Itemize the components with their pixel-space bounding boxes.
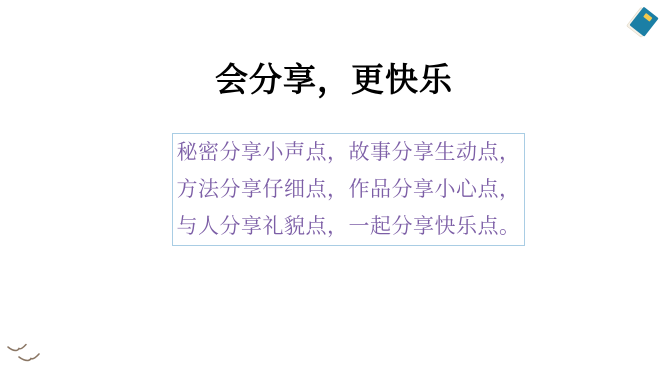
slide-title: 会分享，更快乐 [0,61,668,99]
slide-canvas: 会分享，更快乐 秘密分享小声点，故事分享生动点， 方法分享仔细点，作品分享小心点… [0,0,668,376]
quote-line-1: 秘密分享小声点，故事分享生动点， [177,134,521,171]
quote-line-2: 方法分享仔细点，作品分享小心点， [177,171,521,208]
flying-birds-icon [7,341,43,365]
quote-line-3: 与人分享礼貌点，一起分享快乐点。 [177,208,521,245]
book-icon [625,3,661,41]
quote-box: 秘密分享小声点，故事分享生动点， 方法分享仔细点，作品分享小心点， 与人分享礼貌… [172,133,525,246]
